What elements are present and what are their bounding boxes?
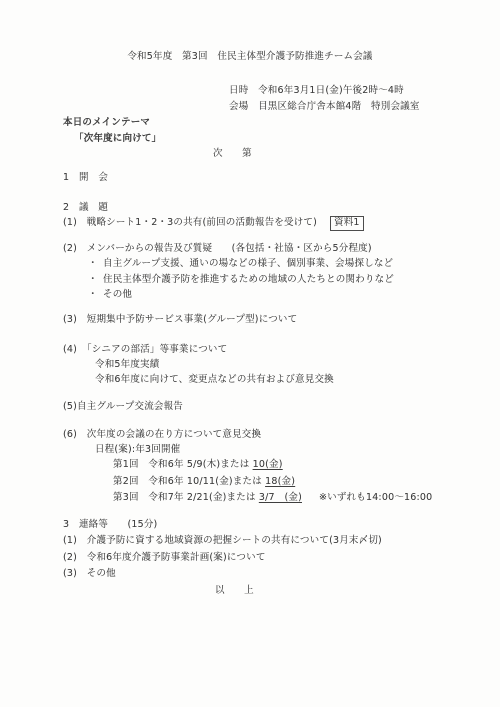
notice-item-1: (1) 介護予防に資する地域資源の把握シートの共有について(3月末〆切) (63, 534, 382, 547)
closing-mark: 以 上 (215, 584, 254, 597)
bullet-text: 住民主体型介護予防を推進するための地域の人たちとの関わりなど (103, 274, 394, 285)
topic-2-bullet-3: ・その他 (88, 288, 132, 301)
agenda-topic-6: (6) 次年度の会議の在り方について意見交換 (63, 428, 261, 441)
agenda-heading: 次 第 (213, 147, 252, 160)
schedule-note: ※いずれも14:00～16:00 (319, 492, 432, 503)
topic-2-bullet-2: ・住民主体型介護予防を推進するための地域の人たちとの関わりなど (88, 273, 394, 286)
main-theme: 「次年度に向けて」 (74, 132, 161, 145)
bullet-icon: ・ (88, 257, 103, 270)
agenda-topic-4: (4) 「シニアの部活」等事業について (63, 343, 227, 356)
meeting-datetime: 日時 令和6年3月1日(金)午後2時～4時 (229, 84, 404, 97)
bullet-text: 自主グループ支援、通いの場などの様子、個別事業、会場探しなど (103, 258, 393, 269)
topic-4-subline-2: 令和6年度に向けて、変更点などの共有および意見交換 (95, 373, 334, 386)
schedule-label: 日程(案):年3回開催 (95, 443, 180, 456)
schedule-underlined-date: 3/7 (金) (259, 492, 302, 503)
notice-item-3: (3) その他 (63, 567, 116, 580)
schedule-line-3: 第3回 令和7年 2/21(金)または 3/7 (金)※いずれも14:00～16… (113, 491, 432, 504)
document-title: 令和5年度 第3回 住民主体型介護予防推進チーム会議 (0, 50, 500, 63)
main-theme-label: 本日のメインテーマ (63, 116, 150, 129)
agenda-topics-heading: 2 議 題 (63, 201, 108, 214)
attachment-badge: 資料1 (330, 216, 364, 231)
notices-heading: 3 連絡等 (15分) (63, 518, 157, 531)
topic-2-bullet-1: ・自主グループ支援、通いの場などの様子、個別事業、会場探しなど (88, 257, 393, 270)
notice-item-2: (2) 令和6年度介護予防事業計画(案)について (63, 551, 266, 564)
schedule-underlined-date: 18(金) (265, 476, 295, 487)
agenda-topic-1: (1) 戦略シート1・2・3の共有(前回の活動報告を受けて)資料1 (63, 216, 364, 231)
schedule-prefix: 第3回 令和7年 2/21(金)または (113, 492, 259, 503)
schedule-line-2: 第2回 令和6年 10/11(金)または 18(金) (113, 475, 295, 488)
meeting-venue: 会場 目黒区総合庁舎本館4階 特別会議室 (229, 100, 420, 113)
document-page: 令和5年度 第3回 住民主体型介護予防推進チーム会議 日時 令和6年3月1日(金… (0, 0, 500, 707)
topic-4-subline-1: 令和5年度実績 (95, 358, 159, 371)
agenda-item-opening: 1 開 会 (63, 171, 108, 184)
bullet-icon: ・ (88, 288, 103, 301)
schedule-prefix: 第1回 令和6年 5/9(木)または (113, 459, 253, 470)
schedule-underlined-date: 10(金) (253, 459, 283, 470)
agenda-topic-1-text: (1) 戦略シート1・2・3の共有(前回の活動報告を受けて) (63, 217, 317, 228)
schedule-prefix: 第2回 令和6年 10/11(金)または (113, 476, 265, 487)
bullet-icon: ・ (88, 273, 103, 286)
agenda-topic-5: (5)自主グループ交流会報告 (63, 400, 183, 413)
agenda-topic-2: (2) メンバーからの報告及び質疑 (各包括・社協・区から5分程度) (63, 242, 372, 255)
bullet-text: その他 (103, 289, 132, 300)
schedule-line-1: 第1回 令和6年 5/9(木)または 10(金) (113, 458, 283, 471)
agenda-topic-3: (3) 短期集中予防サービス事業(グループ型)について (63, 313, 297, 326)
